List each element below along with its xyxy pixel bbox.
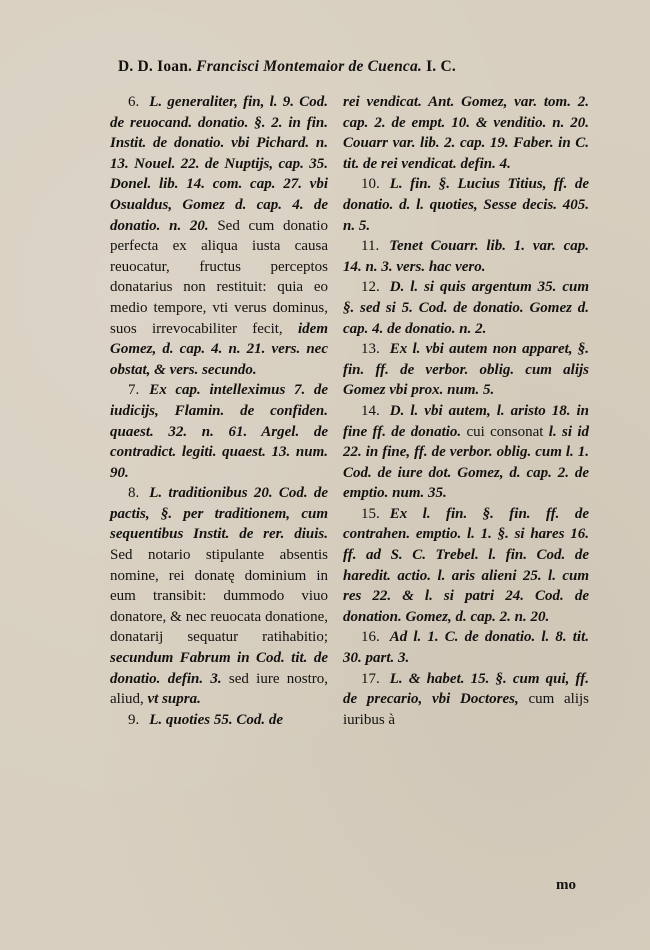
scanned-book-page: D. D. Ioan. Francisci Montemaior de Cuen… [0,0,650,950]
footnote-14: 14.D. l. vbi autem, l. aristo 18. in fin… [343,401,589,504]
running-head-author: Francisci Montemaior de Cuenca. [196,58,422,75]
citation-text: Ex cap. intelleximus 7. de iudicijs, Fla… [110,382,328,480]
citation-text: rei vendicat. Ant. Gomez, var. tom. 2. c… [343,94,589,172]
right-column: rei vendicat. Ant. Gomez, var. tom. 2. c… [343,92,589,730]
catchword: mo [556,877,576,894]
footnote-number: 17. [361,671,380,687]
footnote-8: 8.L. traditionibus 20. Cod. de pactis, §… [110,483,328,710]
footnote-number: 8. [128,485,139,501]
footnote-number: 10. [361,176,380,192]
body-text: cui consonat [461,424,549,440]
footnote-10: 10.L. fin. §. Lucius Titius, ff. de dona… [343,174,589,236]
footnote-number: 6. [128,94,139,110]
footnote-17: 17.L. & habet. 15. §. cum qui, ff. de pr… [343,669,589,731]
footnote-number: 14. [361,403,380,419]
citation-text: Tenet Couarr. lib. 1. var. cap. 14. n. 3… [343,238,589,275]
footnote-16: 16.Ad l. 1. C. de donatio. l. 8. tit. 30… [343,627,589,668]
footnote-number: 7. [128,382,139,398]
footnote-15: 15.Ex l. fin. §. fin. ff. de contrahen. … [343,504,589,628]
footnote-9-continuation: rei vendicat. Ant. Gomez, var. tom. 2. c… [343,92,589,174]
footnote-6: 6.L. generaliter, fin, l. 9. Cod. de reu… [110,92,328,380]
body-text: Sed notario stipulante absentis nomine, … [110,547,328,645]
footnote-9: 9.L. quoties 55. Cod. de [110,710,328,731]
running-head: D. D. Ioan. Francisci Montemaior de Cuen… [118,58,598,76]
footnote-number: 15. [361,506,380,522]
citation-text: Ex l. fin. §. fin. ff. de contrahen. emp… [343,506,589,625]
citation-text: L. generaliter, fin, l. 9. Cod. de reuoc… [110,94,328,234]
footnote-number: 11. [361,238,379,254]
footnote-13: 13.Ex l. vbi autem non apparet, §. fin. … [343,339,589,401]
footnote-12: 12.D. l. si quis argentum 35. cum §. sed… [343,277,589,339]
citation-text: L. quoties 55. Cod. de [149,712,283,728]
running-head-prefix: D. D. Ioan. [118,58,192,75]
footnote-number: 16. [361,629,380,645]
footnote-number: 9. [128,712,139,728]
running-head-suffix: I. C. [426,58,456,75]
citation-text: L. traditionibus 20. Cod. de pactis, §. … [110,485,328,542]
citation-text: vt supra. [148,691,201,707]
body-text: Sed cum donatio perfecta ex aliqua iusta… [110,218,328,337]
footnote-number: 13. [361,341,380,357]
left-column: 6.L. generaliter, fin, l. 9. Cod. de reu… [110,92,328,730]
footnote-number: 12. [361,279,380,295]
footnote-11: 11.Tenet Couarr. lib. 1. var. cap. 14. n… [343,236,589,277]
footnote-7: 7.Ex cap. intelleximus 7. de iudicijs, F… [110,380,328,483]
